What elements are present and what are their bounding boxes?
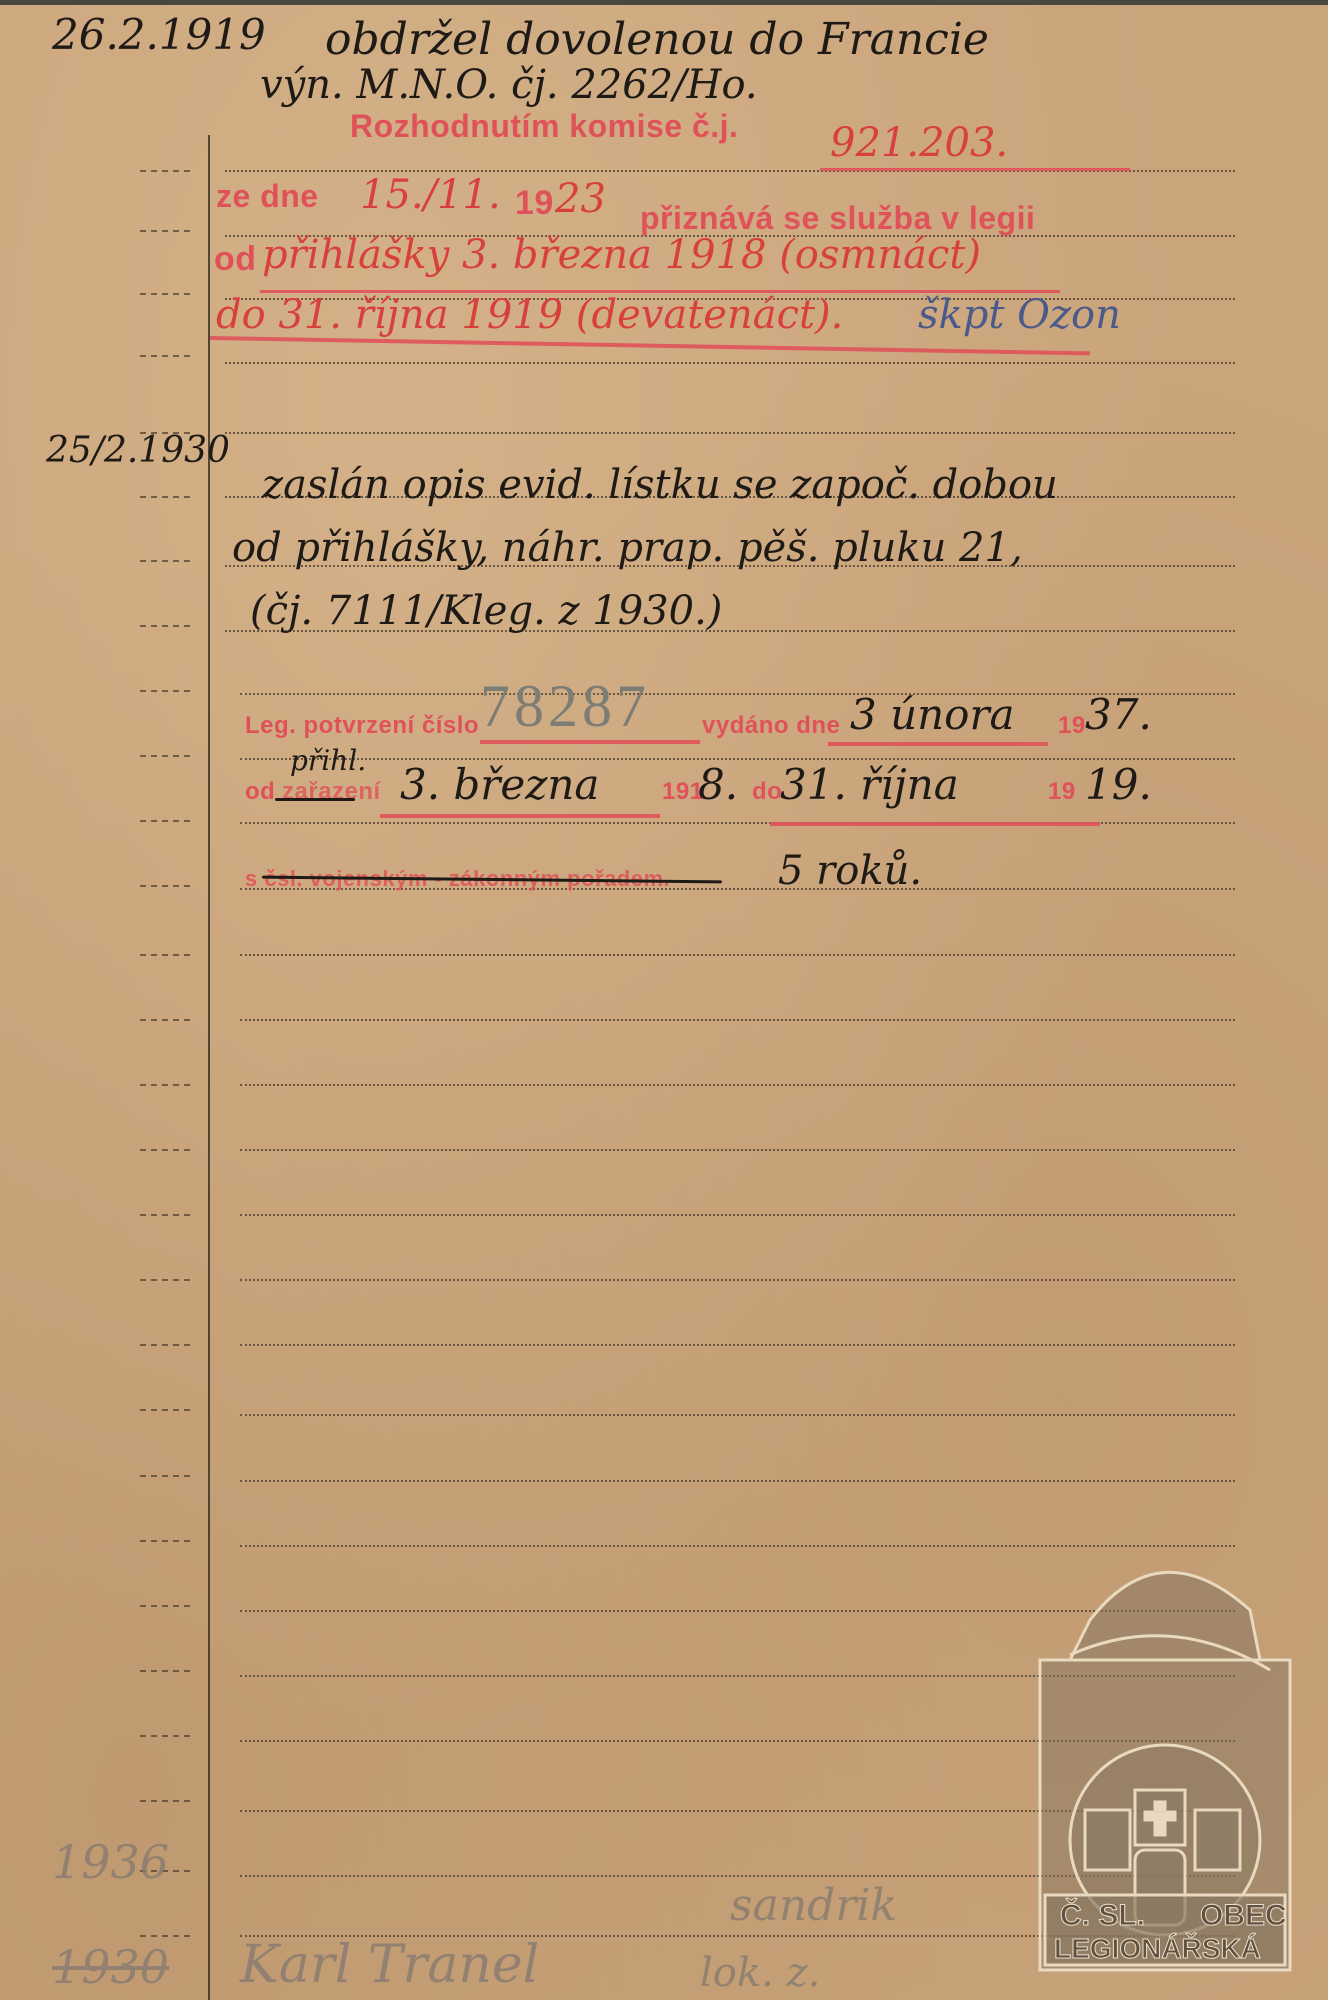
cert-to-value: 31. října bbox=[780, 760, 959, 809]
cert-label-to: do bbox=[752, 778, 782, 806]
legionnaire-emblem-icon: Č. SL. OBEC LEGIONÁŘSKÁ bbox=[1030, 1540, 1300, 1980]
watermark-line-1-right: OBEC bbox=[1200, 1899, 1287, 1932]
cert-label-number: Leg. potvrzení číslo bbox=[245, 712, 479, 740]
entry-2-date: 25/2.1930 bbox=[46, 430, 230, 471]
cert-label-from-struck: zařazení bbox=[282, 778, 381, 806]
legion-card: 26.2.1919 obdržel dovolenou do Francie v… bbox=[0, 0, 1328, 2000]
cert-issued-year: 37. bbox=[1085, 690, 1152, 739]
cert-number: 78287 bbox=[480, 672, 650, 741]
stamp-to-value: do 31. října 1919 (devatenáct). bbox=[216, 292, 843, 338]
scan-top-edge bbox=[0, 0, 1328, 5]
entry-1-line-1: obdržel dovolenou do Francie bbox=[325, 14, 989, 65]
cert-issued-year-prefix: 19 bbox=[1058, 712, 1086, 740]
cert-to-year: 19. bbox=[1085, 760, 1152, 809]
obec-legionarska-watermark: Č. SL. OBEC LEGIONÁŘSKÁ bbox=[1030, 1540, 1300, 1980]
stamp-from-value: přihlášky 3. března 1918 (osmnáct) bbox=[262, 232, 981, 278]
stamp-label-date: ze dne bbox=[216, 178, 319, 215]
stamp-date-year-suffix: 23 bbox=[555, 176, 606, 222]
stamp-label-decision: Rozhodnutím komise č.j. bbox=[350, 108, 738, 145]
entry-1-line-2: výn. M.N.O. čj. 2262/Ho. bbox=[260, 62, 758, 108]
pencil-note-2: lok. z. bbox=[700, 1950, 820, 1996]
entry-1-date: 26.2.1919 bbox=[52, 10, 266, 59]
cert-label-issued: vydáno dne bbox=[702, 712, 840, 740]
commission-signature: škpt Ozon bbox=[918, 292, 1121, 338]
stamp-date-day-month: 15./11. bbox=[360, 172, 501, 218]
entry-2-line-2: od přihlášky, náhr. prap. pěš. pluku 21, bbox=[232, 525, 1023, 571]
pencil-name: Karl Tranel bbox=[240, 1935, 539, 1995]
entry-2-line-3: (čj. 7111/Kleg. z 1930.) bbox=[250, 588, 722, 634]
stamp-label-from: od bbox=[214, 240, 257, 279]
margin-divider-line bbox=[208, 135, 210, 2000]
cert-issued-value: 3 února bbox=[850, 690, 1015, 739]
pencil-note: sandrik bbox=[730, 1880, 897, 1931]
cert-label-from: od bbox=[245, 778, 275, 806]
cert-from-year: 8. bbox=[698, 760, 738, 809]
cert-to-year-prefix: 19 bbox=[1048, 778, 1076, 806]
stamp-date-year-prefix: 19 bbox=[515, 184, 554, 223]
margin-year-1930-struck: 1930 bbox=[52, 1940, 169, 1994]
watermark-line-2: LEGIONÁŘSKÁ bbox=[1054, 1933, 1261, 1964]
margin-year-1936: 1936 bbox=[52, 1835, 169, 1889]
cert-from-value: 3. března bbox=[400, 760, 599, 809]
cert-rank-value: 5 roků. bbox=[778, 848, 922, 894]
entry-2-line-1: zaslán opis evid. lístku se započ. dobou bbox=[262, 462, 1058, 508]
watermark-line-1-left: Č. SL. bbox=[1060, 1898, 1145, 1932]
stamp-decision-number: 921.203. bbox=[830, 120, 1008, 166]
cert-from-correction: přihl. bbox=[290, 744, 366, 777]
